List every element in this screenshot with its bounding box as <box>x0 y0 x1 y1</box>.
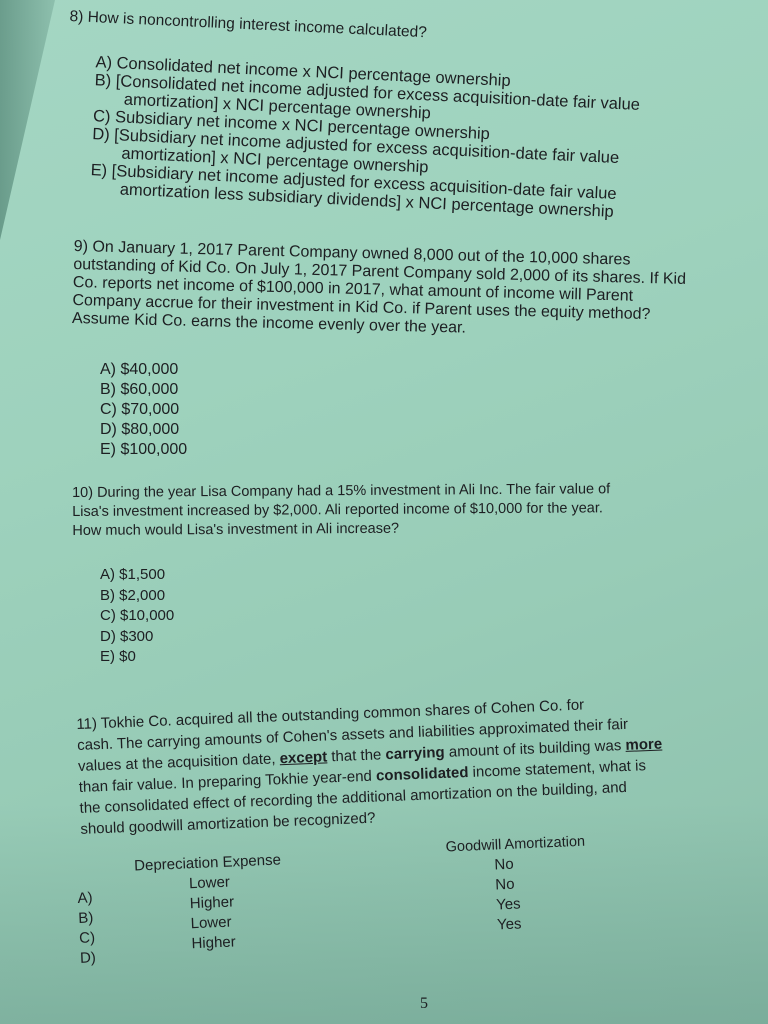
depreciation-b: Higher <box>189 893 234 913</box>
col-header-depreciation: Depreciation Expense <box>134 851 281 875</box>
col-header-goodwill: Goodwill Amortization <box>445 833 585 857</box>
q10-stem-3: How much would Lisa's investment in Ali … <box>72 520 399 541</box>
q11-emph-more: more <box>625 736 662 754</box>
q9-option-e: E) $100,000 <box>100 440 187 460</box>
row-letter-a: A) <box>77 889 93 908</box>
q9-option-b: B) $60,000 <box>100 380 178 400</box>
q11-emph-carrying: carrying <box>385 744 445 763</box>
exam-page: 8) How is noncontrolling interest income… <box>0 0 768 1024</box>
q10-option-c: C) $10,000 <box>100 606 174 627</box>
goodwill-d: Yes <box>497 915 522 934</box>
depreciation-d: Higher <box>191 933 236 953</box>
row-letter-c: C) <box>79 929 96 948</box>
q10-stem-2: Lisa's investment increased by $2,000. A… <box>72 499 603 522</box>
goodwill-c: Yes <box>496 895 521 914</box>
goodwill-b: No <box>495 876 515 895</box>
q10-option-d: D) $300 <box>100 627 153 648</box>
q10-option-a: A) $1,500 <box>100 565 165 586</box>
q11-text: that the <box>327 746 386 765</box>
goodwill-a: No <box>494 856 514 875</box>
q9-option-c: C) $70,000 <box>100 400 179 420</box>
question-8-stem: 8) How is noncontrolling interest income… <box>69 8 427 42</box>
row-letter-b: B) <box>78 909 94 928</box>
q9-option-d: D) $80,000 <box>100 420 179 440</box>
q10-option-e: E) $0 <box>100 647 136 668</box>
q10-option-b: B) $2,000 <box>100 586 165 607</box>
depreciation-a: Lower <box>189 874 231 894</box>
depreciation-c: Lower <box>190 914 232 934</box>
q9-option-a: A) $40,000 <box>100 360 178 380</box>
page-number: 5 <box>420 995 428 1013</box>
row-letter-d: D) <box>80 949 97 968</box>
q11-emph-consolidated: consolidated <box>376 764 469 785</box>
q11-emph-except: except <box>279 748 327 767</box>
